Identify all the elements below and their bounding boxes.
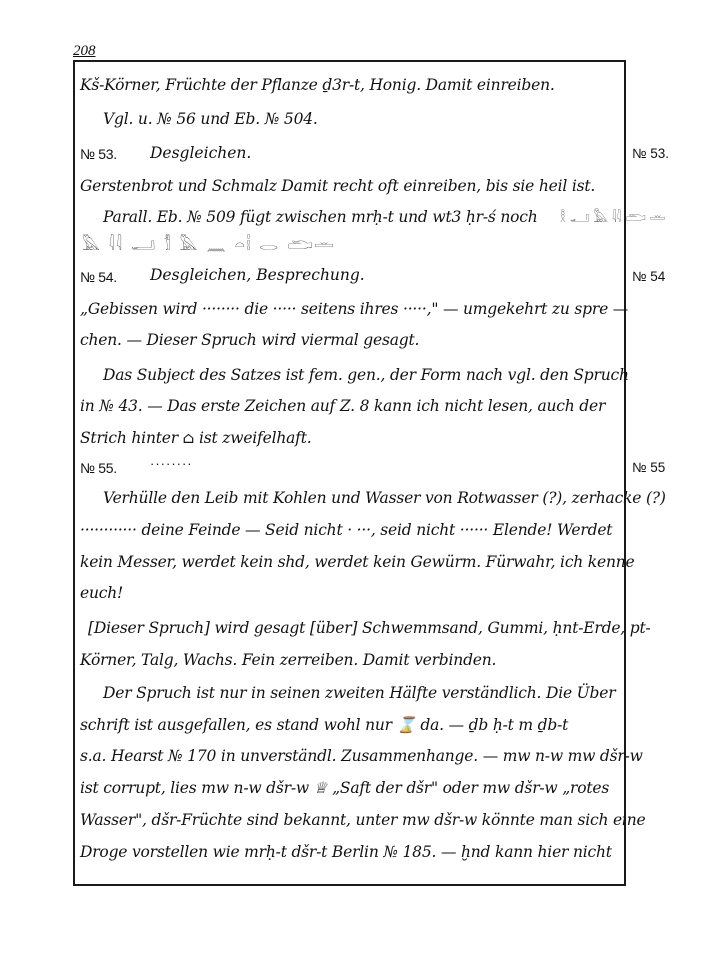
entry-55-line-11: Wasser", dšr-Früchte sind bekannt, unter… — [80, 811, 645, 829]
entry-53-number: № 53. — [80, 146, 117, 162]
entry-52-line-1: Kš-Körner, Früchte der Pflanze ḏ3r-t, Ho… — [80, 76, 555, 94]
hieroglyph-inline: 𓎛 𓂝 𓅓 𓇋𓇋 𓂧 𓏛 — [560, 206, 665, 227]
hieroglyph-row: 𓅓 𓇋𓇋 𓂝 𓀾 𓅓 𓈖 𓏏𓏪 𓂋 𓂧𓏛 — [82, 230, 336, 256]
margin-label-54: № 54 — [632, 269, 665, 284]
entry-55-line-8: schrift ist ausgefallen, es stand wohl n… — [80, 716, 568, 734]
entry-55-line-4: euch! — [80, 584, 123, 602]
entry-55-line-5: [Dieser Spruch] wird gesagt [über] Schwe… — [88, 619, 651, 637]
entry-55-title-dots: ········ — [150, 456, 193, 471]
entry-54-line-2: chen. — Dieser Spruch wird viermal gesag… — [80, 331, 419, 349]
entry-55-line-9: s.a. Hearst № 170 in unverständl. Zusamm… — [80, 747, 643, 765]
margin-label-53: № 53. — [632, 146, 669, 161]
page-number: 208 — [73, 43, 96, 60]
entry-53-title: Desgleichen. — [150, 144, 251, 162]
entry-54-line-1: „Gebissen wird ········ die ····· seiten… — [80, 300, 628, 318]
entry-55-line-12: Droge vorstellen wie mrḥ-t dšr-t Berlin … — [80, 843, 612, 861]
entry-54-line-3: Das Subject des Satzes ist fem. gen., de… — [103, 366, 629, 384]
entry-53-line-1: Gerstenbrot und Schmalz Damit recht oft … — [80, 177, 595, 195]
entry-52-line-2: Vgl. u. № 56 und Eb. № 504. — [103, 110, 318, 128]
entry-54-title: Desgleichen, Besprechung. — [150, 266, 365, 284]
entry-55-number: № 55. — [80, 460, 117, 476]
entry-55-line-7: Der Spruch ist nur in seinen zweiten Häl… — [103, 684, 615, 702]
entry-55-line-1: Verhülle den Leib mit Kohlen und Wasser … — [103, 489, 666, 507]
entry-55-line-6: Körner, Talg, Wachs. Fein zerreiben. Dam… — [80, 651, 496, 669]
entry-54-line-4: in № 43. — Das erste Zeichen auf Z. 8 ka… — [80, 397, 605, 415]
entry-54-number: № 54. — [80, 269, 117, 285]
entry-53-line-2: Parall. Eb. № 509 fügt zwischen mrḥ-t un… — [103, 208, 538, 226]
entry-55-line-10: ist corrupt, lies mw n-w dšr-w ♕ „Saft d… — [80, 779, 609, 797]
entry-55-line-2: ············ deine Feinde — Seid nicht ·… — [80, 521, 612, 539]
entry-54-line-5: Strich hinter ⌂ ist zweifelhaft. — [80, 429, 311, 447]
entry-55-line-3: kein Messer, werdet kein shd, werdet kei… — [80, 553, 635, 571]
margin-label-55: № 55 — [632, 460, 665, 475]
